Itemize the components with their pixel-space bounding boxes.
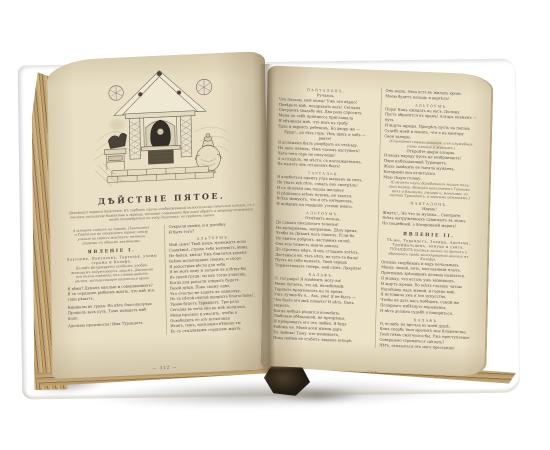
right-page: ПАНТАЛОНЪ.Ручаюсь.Что пользы, мой князь!… [260,65,493,376]
engraving-altar-vignette-svg [82,62,239,190]
gutter-fold [259,64,276,374]
right-page-column-1: ПАНТАЛОНЪ.Ручаюсь.Что пользы, мой князь!… [273,84,373,345]
foxing-spot [110,120,124,130]
left-page-columns: Альтоумъ сидитъ на тронѣ. Панталонъи Тар… [66,220,260,339]
left-page-content: ДѢЙСТВІЕ ПЯТОЕ. Декорація перваго дѣйств… [47,51,271,379]
right-page-content: ПАНТАЛОНЪ.Ручаюсь.Что пользы, мой князь!… [260,65,491,376]
right-page-column-2: Онъ нашъ, пока есть въ жилахъ кровь.Моею… [375,88,480,352]
foxing-spot [430,140,442,149]
left-page-column-2: Открыли имени, и я погибнуИ быть того?АЛ… [164,220,260,334]
headpiece-engraving [63,61,257,193]
photo-background: ДѢЙСТВІЕ ПЯТОЕ. Декорація перваго дѣйств… [0,0,550,450]
left-page-column-1: Альтоумъ сидитъ на тронѣ. Панталонъи Тар… [66,225,158,329]
right-page-columns: ПАНТАЛОНЪ.Ручаюсь.Что пользы, мой князь!… [273,84,479,352]
left-page: ДѢЙСТВІЕ ПЯТОЕ. Декорація перваго дѣйств… [47,51,271,379]
foxing-spot [200,300,210,308]
